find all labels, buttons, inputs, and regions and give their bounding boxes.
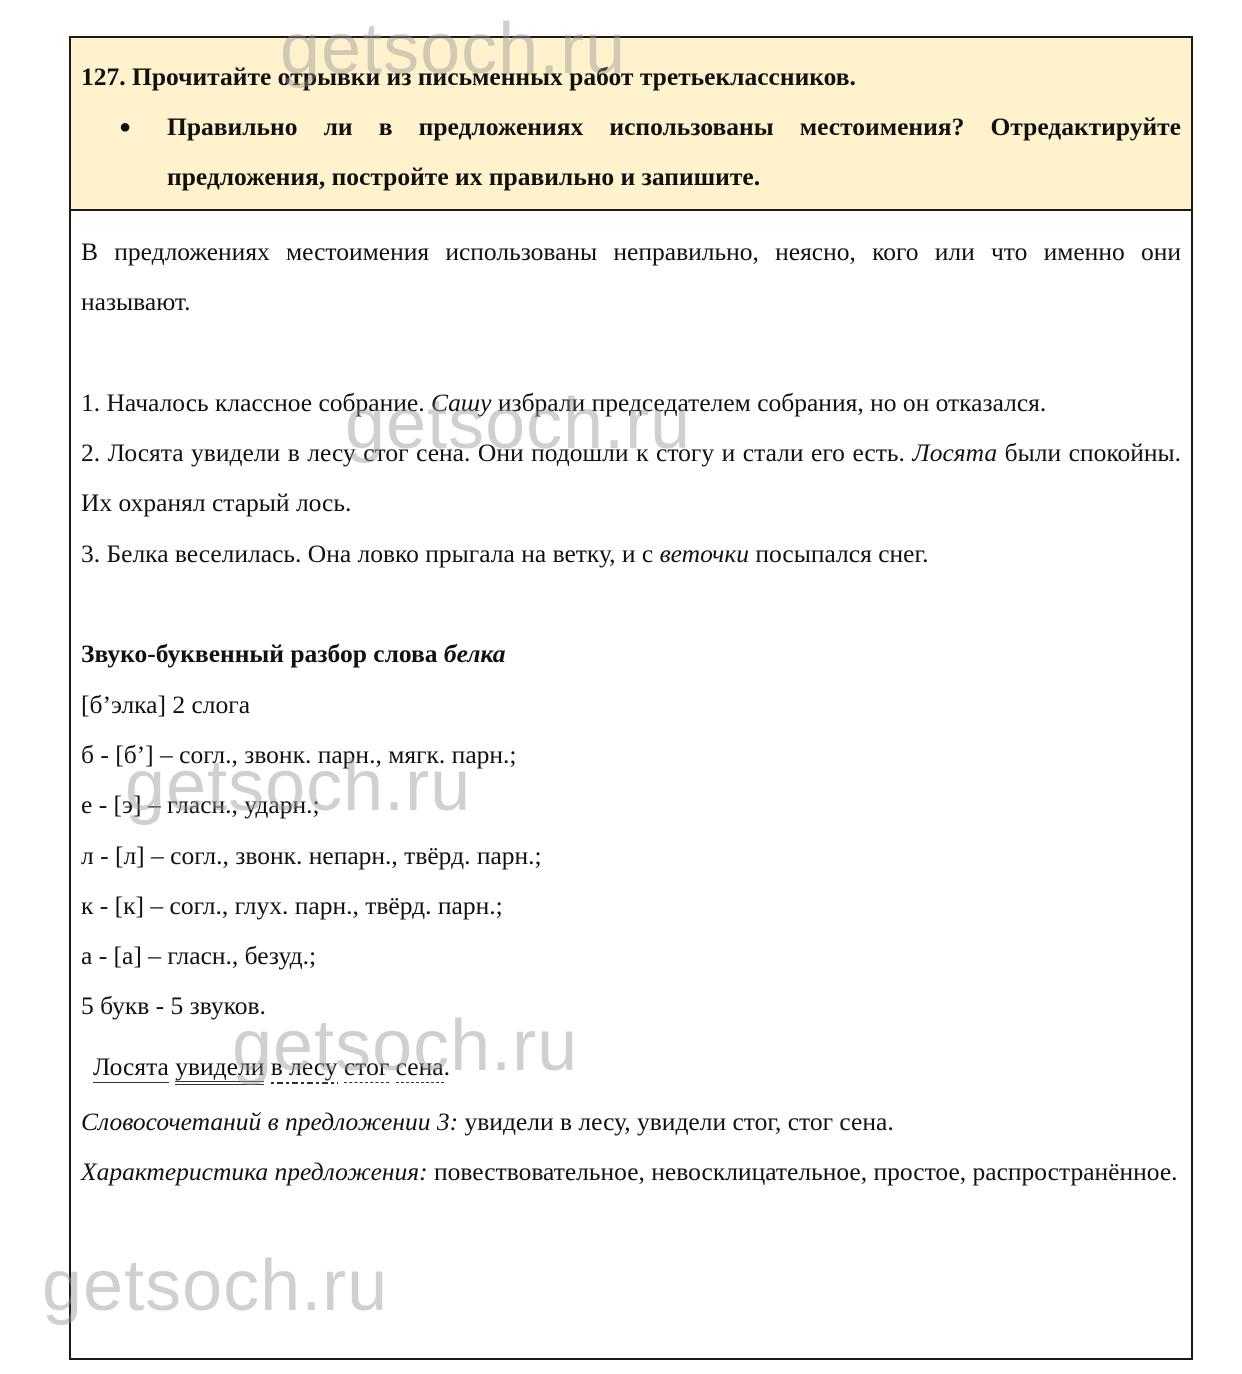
- answer-intro: В предложениях местоимения использованы …: [81, 227, 1181, 328]
- characteristic-label: Характеристика предложения:: [81, 1157, 428, 1186]
- phonetic-line: к - [к] – согл., глух. парн., твёрд. пар…: [81, 881, 1181, 931]
- task-instruction: ● Правильно ли в предложениях использова…: [119, 102, 1181, 202]
- exercise-sheet: 127. Прочитайте отрывки из письменных ра…: [69, 36, 1193, 1360]
- phonetic-line: е - [э] – гласн., ударн.;: [81, 780, 1181, 830]
- corrected-sentence-3: 3. Белка веселилась. Она ловко прыгала н…: [81, 529, 1181, 579]
- phonetic-line: а - [а] – гласн., безуд.;: [81, 931, 1181, 981]
- emphasized-word: Сашу: [431, 388, 492, 417]
- subject-word: Лосята: [93, 1052, 169, 1083]
- answer-section: В предложениях местоимения использованы …: [71, 211, 1191, 1197]
- object-word: стог: [344, 1052, 389, 1083]
- bullet-icon: ●: [119, 102, 167, 202]
- parsed-sentence: Лосята увидели в лесу стог сена.: [81, 1042, 1181, 1097]
- characteristic-line: Характеристика предложения: повествовате…: [81, 1147, 1181, 1197]
- emphasized-word: Лосята: [912, 438, 997, 467]
- adverbial-phrase: в лесу: [271, 1052, 338, 1084]
- predicate-word: увидели: [175, 1052, 264, 1085]
- instruction-text: Правильно ли в предложениях использованы…: [167, 102, 1181, 202]
- emphasized-word: веточки: [660, 539, 749, 568]
- corrected-sentence-2: 2. Лосята увидели в лесу стог сена. Они …: [81, 428, 1181, 529]
- task-title: 127. Прочитайте отрывки из письменных ра…: [81, 52, 1181, 102]
- phrases-label: Словосочетаний в предложении 3:: [81, 1107, 458, 1136]
- phonetic-transcription: [б’элка] 2 слога: [81, 680, 1181, 730]
- task-header: 127. Прочитайте отрывки из письменных ра…: [71, 38, 1191, 211]
- phonetic-line: б - [б’] – согл., звонк. парн., мягк. па…: [81, 730, 1181, 780]
- phonetic-summary: 5 букв - 5 звуков.: [81, 981, 1181, 1031]
- corrected-sentence-1: 1. Началось классное собрание. Сашу избр…: [81, 378, 1181, 428]
- phrases-line: Словосочетаний в предложении 3: увидели …: [81, 1097, 1181, 1147]
- phonetic-heading: Звуко-буквенный разбор слова белка: [81, 629, 1181, 679]
- object-word: сена: [396, 1052, 444, 1083]
- phonetic-line: л - [л] – согл., звонк. непарн., твёрд. …: [81, 831, 1181, 881]
